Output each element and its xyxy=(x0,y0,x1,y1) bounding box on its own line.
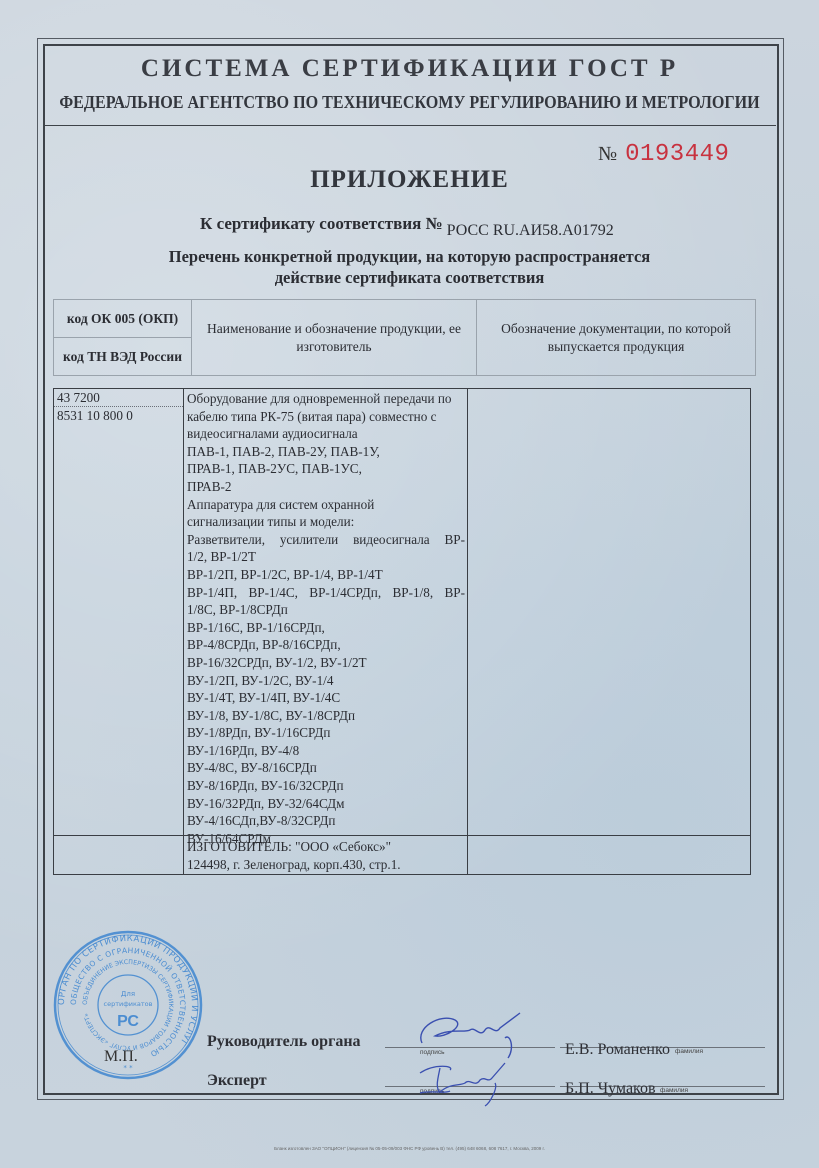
okp-code-header: код ОК 005 (ОКП) xyxy=(54,300,191,338)
number-sign: № xyxy=(598,143,617,165)
description-line: ВУ-4/8С, ВУ-8/16СРДп xyxy=(187,759,465,777)
description-line: кабелю типа РК-75 (витая пара) совместно… xyxy=(187,408,465,426)
product-code: 8531 10 800 0 xyxy=(54,407,183,424)
product-code: 43 7200 xyxy=(54,389,183,407)
svg-text:сертификатов: сертификатов xyxy=(104,1000,153,1008)
description-line: 1/8С, ВР-1/8СРДп xyxy=(187,601,465,619)
head-signature-icon xyxy=(410,1008,530,1063)
documentation-header: Обозначение документации, по которой вып… xyxy=(477,300,755,375)
description-line: ВУ-8/16РДп, ВУ-16/32СРДп xyxy=(187,777,465,795)
system-title: СИСТЕМА СЕРТИФИКАЦИИ ГОСТ Р xyxy=(0,55,819,83)
documentation-cell xyxy=(469,389,750,835)
serial-number: №0193449 xyxy=(598,140,729,168)
certificate-reference: К сертификату соответствия №РОСС RU.АИ58… xyxy=(200,214,614,234)
description-line: Оборудование для одновременной передачи … xyxy=(187,390,465,408)
description-line: Разветвители, усилители видеосигнала ВР- xyxy=(187,531,465,549)
page-title: ПРИЛОЖЕНИЕ xyxy=(0,166,819,194)
product-table: 43 72008531 10 800 0 Оборудование для од… xyxy=(53,388,751,875)
head-of-body-label: Руководитель органа xyxy=(207,1033,361,1051)
manufacturer-code-cell xyxy=(54,836,184,875)
manufacturer-row: ИЗГОТОВИТЕЛЬ: "ООО «Себокс»" 124498, г. … xyxy=(54,835,750,875)
description-line: ВР-1/4П, ВР-1/4С, ВР-1/4СРДп, ВР-1/8, ВР… xyxy=(187,584,465,602)
description-line: ПРАВ-2 xyxy=(187,478,465,496)
table-header: код ОК 005 (ОКП) код ТН ВЭД России Наиме… xyxy=(53,299,756,376)
description-line: ВУ-1/16РДп, ВУ-4/8 xyxy=(187,742,465,760)
description-cell: Оборудование для одновременной передачи … xyxy=(184,389,468,835)
code-header-cell: код ОК 005 (ОКП) код ТН ВЭД России xyxy=(54,300,192,375)
expert-name-hint: фамилия xyxy=(660,1087,688,1094)
description-line: видеосигналами аудиосигнала xyxy=(187,425,465,443)
description-line: ВУ-4/16СДп,ВУ-8/32СРДп xyxy=(187,812,465,830)
description-line: ВР-4/8СРДп, ВР-8/16СРДп, xyxy=(187,636,465,654)
description-line: сигнализации типы и модели: xyxy=(187,513,465,531)
description-line: ВУ-1/2П, ВУ-1/2С, ВУ-1/4 xyxy=(187,672,465,690)
description-line: ВУ-1/8, ВУ-1/8С, ВУ-1/8СРДп xyxy=(187,707,465,725)
description-line: ВУ-1/8РДп, ВУ-1/16СРДп xyxy=(187,724,465,742)
description-line: ВР-1/2П, ВР-1/2С, ВР-1/4, ВР-1/4Т xyxy=(187,566,465,584)
description-line: 1/2, ВР-1/2Т xyxy=(187,548,465,566)
codes-cell: 43 72008531 10 800 0 xyxy=(54,389,184,835)
certificate-label: К сертификату соответствия № xyxy=(200,214,443,233)
header-divider xyxy=(44,125,776,126)
tnved-code-header: код ТН ВЭД России xyxy=(54,338,191,375)
certificate-number: РОСС RU.АИ58.А01792 xyxy=(447,222,614,239)
agency-title: ФЕДЕРАЛЬНОЕ АГЕНТСТВО ПО ТЕХНИЧЕСКОМУ РЕ… xyxy=(33,92,786,113)
expert-label: Эксперт xyxy=(207,1072,267,1090)
expert-name: Б.П. Чумаков xyxy=(565,1080,656,1098)
manufacturer-name: ИЗГОТОВИТЕЛЬ: "ООО «Себокс»" xyxy=(187,838,464,856)
form-printer-note: Бланк изготовлен ЗАО "ОПЦИОН" (лицензия … xyxy=(0,1146,819,1151)
subtitle-line-1: Перечень конкретной продукции, на котору… xyxy=(0,246,819,267)
stamp-place-label: М.П. xyxy=(104,1048,138,1066)
manufacturer-cell: ИЗГОТОВИТЕЛЬ: "ООО «Себокс»" 124498, г. … xyxy=(184,836,468,875)
head-name: Е.В. Романенко xyxy=(565,1041,670,1059)
description-line: ПАВ-1, ПАВ-2, ПАВ-2У, ПАВ-1У, xyxy=(187,443,465,461)
manufacturer-address: 124498, г. Зеленоград, корп.430, стр.1. xyxy=(187,856,464,874)
description-line: Аппаратура для систем охранной xyxy=(187,496,465,514)
subtitle-line-2: действие сертификата соответствия xyxy=(0,267,819,288)
description-line: ВУ-1/4Т, ВУ-1/4П, ВУ-1/4С xyxy=(187,689,465,707)
product-name-header: Наименование и обозначение продукции, ее… xyxy=(192,300,477,375)
serial-value: 0193449 xyxy=(625,141,729,168)
description-line: ПРАВ-1, ПАВ-2УС, ПАВ-1УС, xyxy=(187,460,465,478)
head-name-hint: фамилия xyxy=(675,1048,703,1055)
description-line: ВР-1/16С, ВР-1/16СРДп, xyxy=(187,619,465,637)
subtitle: Перечень конкретной продукции, на котору… xyxy=(0,246,819,288)
expert-signature-icon xyxy=(410,1058,520,1108)
description-line: ВР-16/32СРДп, ВУ-1/2, ВУ-1/2Т xyxy=(187,654,465,672)
svg-text:Для: Для xyxy=(121,990,135,998)
description-line: ВУ-16/32РДп, ВУ-32/64СДм xyxy=(187,795,465,813)
svg-text:РС: РС xyxy=(117,1013,139,1030)
